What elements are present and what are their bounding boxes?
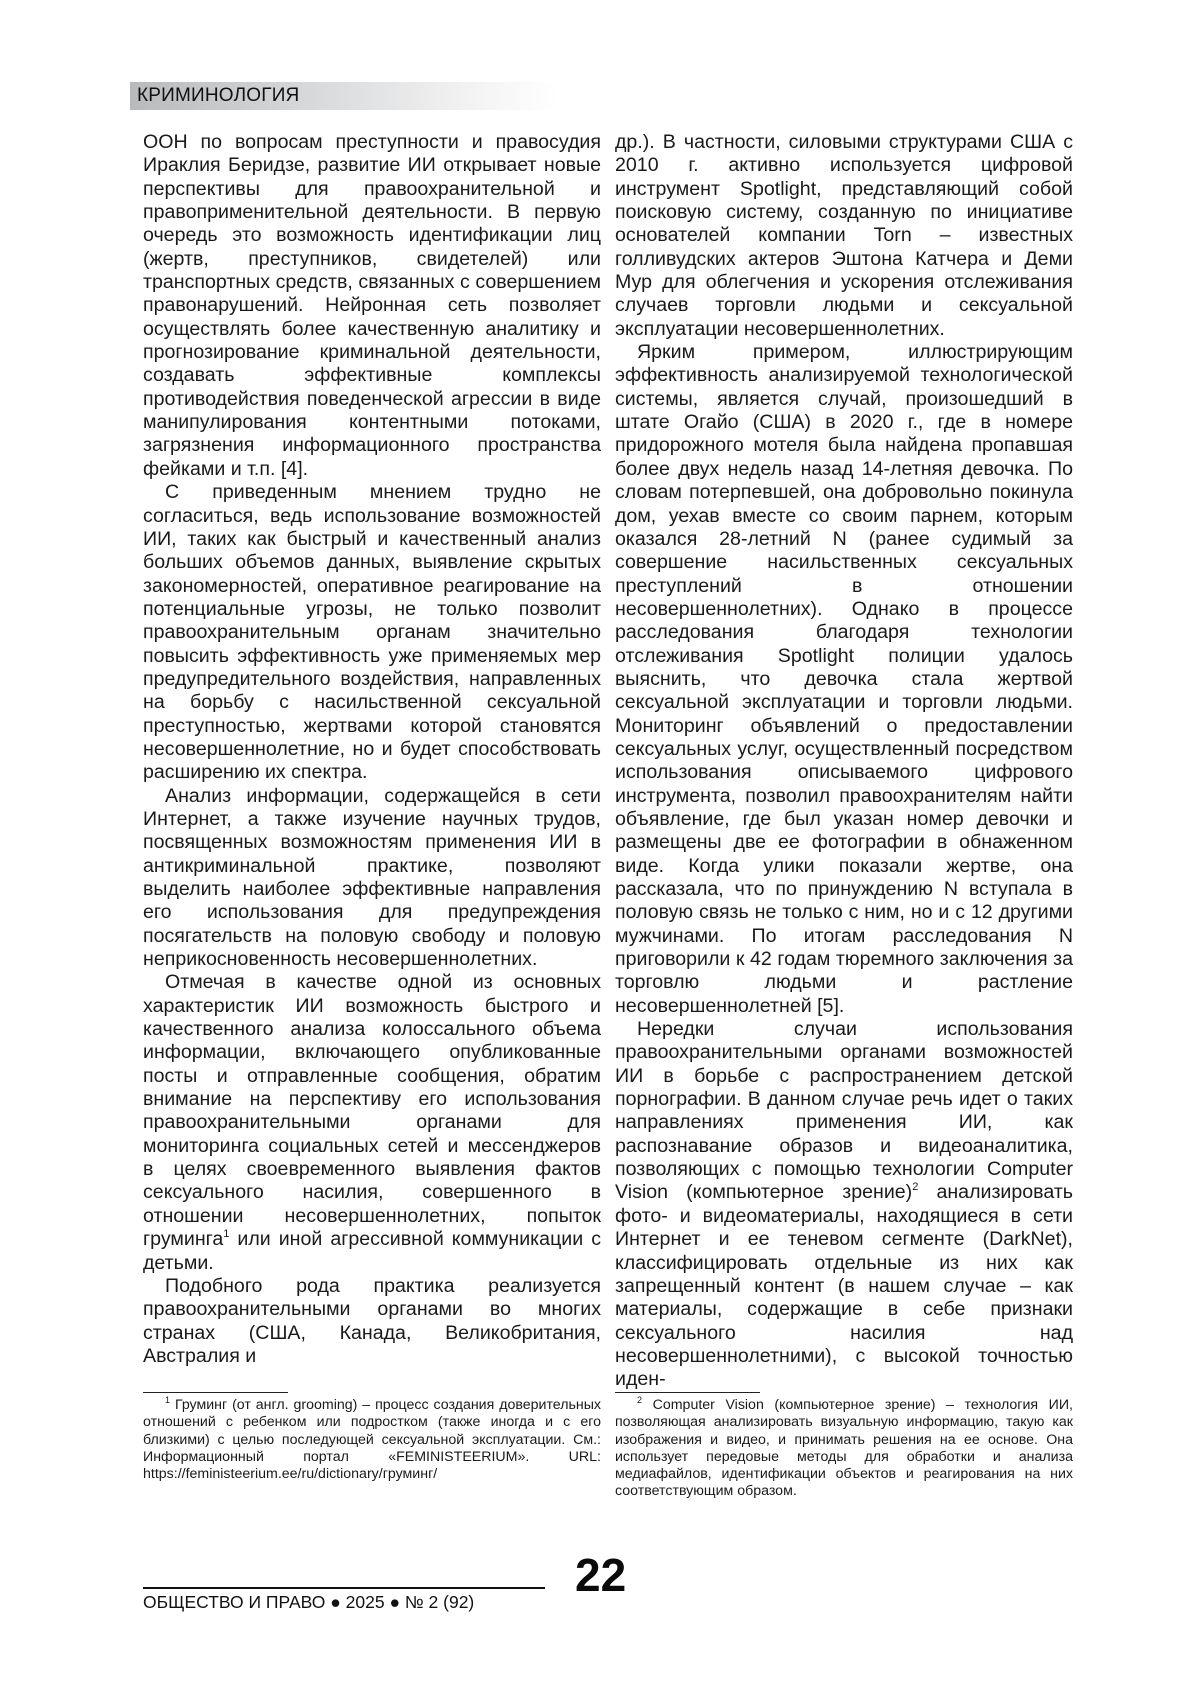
journal-info: ОБЩЕСТВО И ПРАВО ● 2025 ● № 2 (92) bbox=[143, 1592, 474, 1613]
paragraph: Подобного рода практика реализуется прав… bbox=[143, 1275, 601, 1368]
paragraph-text: Отмечая в качестве одной из основных хар… bbox=[143, 971, 601, 1250]
paragraph-with-footnote: Отмечая в качестве одной из основных хар… bbox=[143, 971, 601, 1274]
footnote-divider bbox=[615, 1392, 760, 1393]
paragraph-with-footnote: Нередки случаи использования правоохрани… bbox=[615, 1018, 1073, 1392]
footnote-text: Груминг (от англ. grooming) – процесс со… bbox=[143, 1397, 601, 1482]
paragraph: Ярким примером, иллюстрирующим эффективн… bbox=[615, 341, 1073, 1018]
paragraph: С приведенным мнением трудно не согласит… bbox=[143, 481, 601, 784]
footnote-2: 2 Computer Vision (компьютерное зрение) … bbox=[615, 1397, 1073, 1501]
footnote-number: 2 bbox=[637, 1395, 642, 1405]
left-column: ООН по вопросам преступности и правосуди… bbox=[143, 131, 601, 1368]
paragraph: Анализ информации, содержащейся в сети И… bbox=[143, 785, 601, 972]
paragraph-text: Нередки случаи использования правоохрани… bbox=[615, 1018, 1073, 1203]
footnote-number: 1 bbox=[165, 1395, 170, 1405]
right-column: др.). В частности, силовыми структурами … bbox=[615, 131, 1073, 1392]
paragraph-text: анализировать фото- и видеоматериалы, на… bbox=[615, 1181, 1073, 1390]
section-header-band: КРИМИНОЛОГИЯ bbox=[130, 82, 558, 110]
footnote-text: Computer Vision (компьютерное зрение) – … bbox=[615, 1397, 1073, 1499]
paragraph: ООН по вопросам преступности и правосуди… bbox=[143, 131, 601, 481]
section-title: КРИМИНОЛОГИЯ bbox=[137, 85, 299, 107]
footnote-divider bbox=[143, 1392, 288, 1393]
paragraph: др.). В частности, силовыми структурами … bbox=[615, 131, 1073, 341]
footnote-1: 1 Груминг (от англ. grooming) – процесс … bbox=[143, 1397, 601, 1483]
footer-divider bbox=[143, 1587, 545, 1589]
page-number: 22 bbox=[575, 1548, 626, 1602]
